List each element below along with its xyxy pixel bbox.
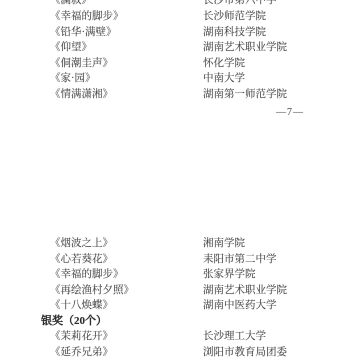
list-item: 《澜叙》 长沙市第六中学 bbox=[0, 0, 360, 7]
work-org: 张家界学院 bbox=[203, 269, 256, 281]
work-org: 耒阳市第二中学 bbox=[203, 254, 277, 266]
page-number: —7— bbox=[276, 107, 304, 118]
list-item: 《茉莉花开》 长沙理工大学 bbox=[0, 331, 360, 343]
list-item: 《幸福的脚步》 张家界学院 bbox=[0, 269, 360, 281]
work-org: 怀化学院 bbox=[203, 58, 245, 70]
work-title: 《家·园》 bbox=[50, 73, 96, 85]
work-title: 《烟波之上》 bbox=[50, 238, 113, 250]
work-org: 长沙理工大学 bbox=[203, 331, 266, 343]
list-item: 《仰望》 湖南艺术职业学院 bbox=[0, 42, 360, 54]
work-org: 湘南学院 bbox=[203, 238, 245, 250]
list-item: 《情满潇湘》 湖南第一师范学院 bbox=[0, 89, 360, 101]
work-title: 《澜叙》 bbox=[50, 0, 92, 7]
list-item: 《延乔兄弟》 浏阳市教育局团委 bbox=[0, 347, 360, 359]
work-title: 《侗潮圭声》 bbox=[50, 58, 113, 70]
work-title: 《幸福的脚步》 bbox=[50, 11, 124, 23]
work-org: 湖南中医药大学 bbox=[203, 300, 277, 312]
list-item: 《幸福的脚步》 长沙师范学院 bbox=[0, 11, 360, 23]
list-item: 《烟波之上》 湘南学院 bbox=[0, 238, 360, 250]
list-item: 《再绘渔村夕照》 湖南艺术职业学院 bbox=[0, 285, 360, 297]
work-title: 《延乔兄弟》 bbox=[50, 347, 113, 359]
work-title: 《仰望》 bbox=[50, 42, 92, 54]
list-item: 《家·园》 中南大学 bbox=[0, 73, 360, 85]
work-org: 长沙市第六中学 bbox=[203, 0, 277, 7]
silver-award-section-header: 银奖（20个） bbox=[41, 315, 241, 328]
work-title: 《茉莉花开》 bbox=[50, 331, 113, 343]
list-item: 《十八焕蝶》 湖南中医药大学 bbox=[0, 300, 360, 312]
work-org: 湖南艺术职业学院 bbox=[203, 42, 287, 54]
work-org: 湖南科技学院 bbox=[203, 27, 266, 39]
work-title: 《幸福的脚步》 bbox=[50, 269, 124, 281]
list-item: 《心若葵花》 耒阳市第二中学 bbox=[0, 254, 360, 266]
document-page: 《澜叙》 长沙市第六中学 《幸福的脚步》 长沙师范学院 《铅华·满壁》 湖南科技… bbox=[0, 0, 360, 360]
work-org: 长沙师范学院 bbox=[203, 11, 266, 23]
work-org: 湖南艺术职业学院 bbox=[203, 285, 287, 297]
work-title: 《铅华·满壁》 bbox=[50, 27, 117, 39]
work-title: 《情满潇湘》 bbox=[50, 89, 113, 101]
work-org: 浏阳市教育局团委 bbox=[203, 347, 287, 359]
work-title: 《十八焕蝶》 bbox=[50, 300, 113, 312]
work-org: 中南大学 bbox=[203, 73, 245, 85]
work-title: 《再绘渔村夕照》 bbox=[50, 285, 134, 297]
list-item: 《铅华·满壁》 湖南科技学院 bbox=[0, 27, 360, 39]
list-item: 《侗潮圭声》 怀化学院 bbox=[0, 58, 360, 70]
work-title: 《心若葵花》 bbox=[50, 254, 113, 266]
work-org: 湖南第一师范学院 bbox=[203, 89, 287, 101]
